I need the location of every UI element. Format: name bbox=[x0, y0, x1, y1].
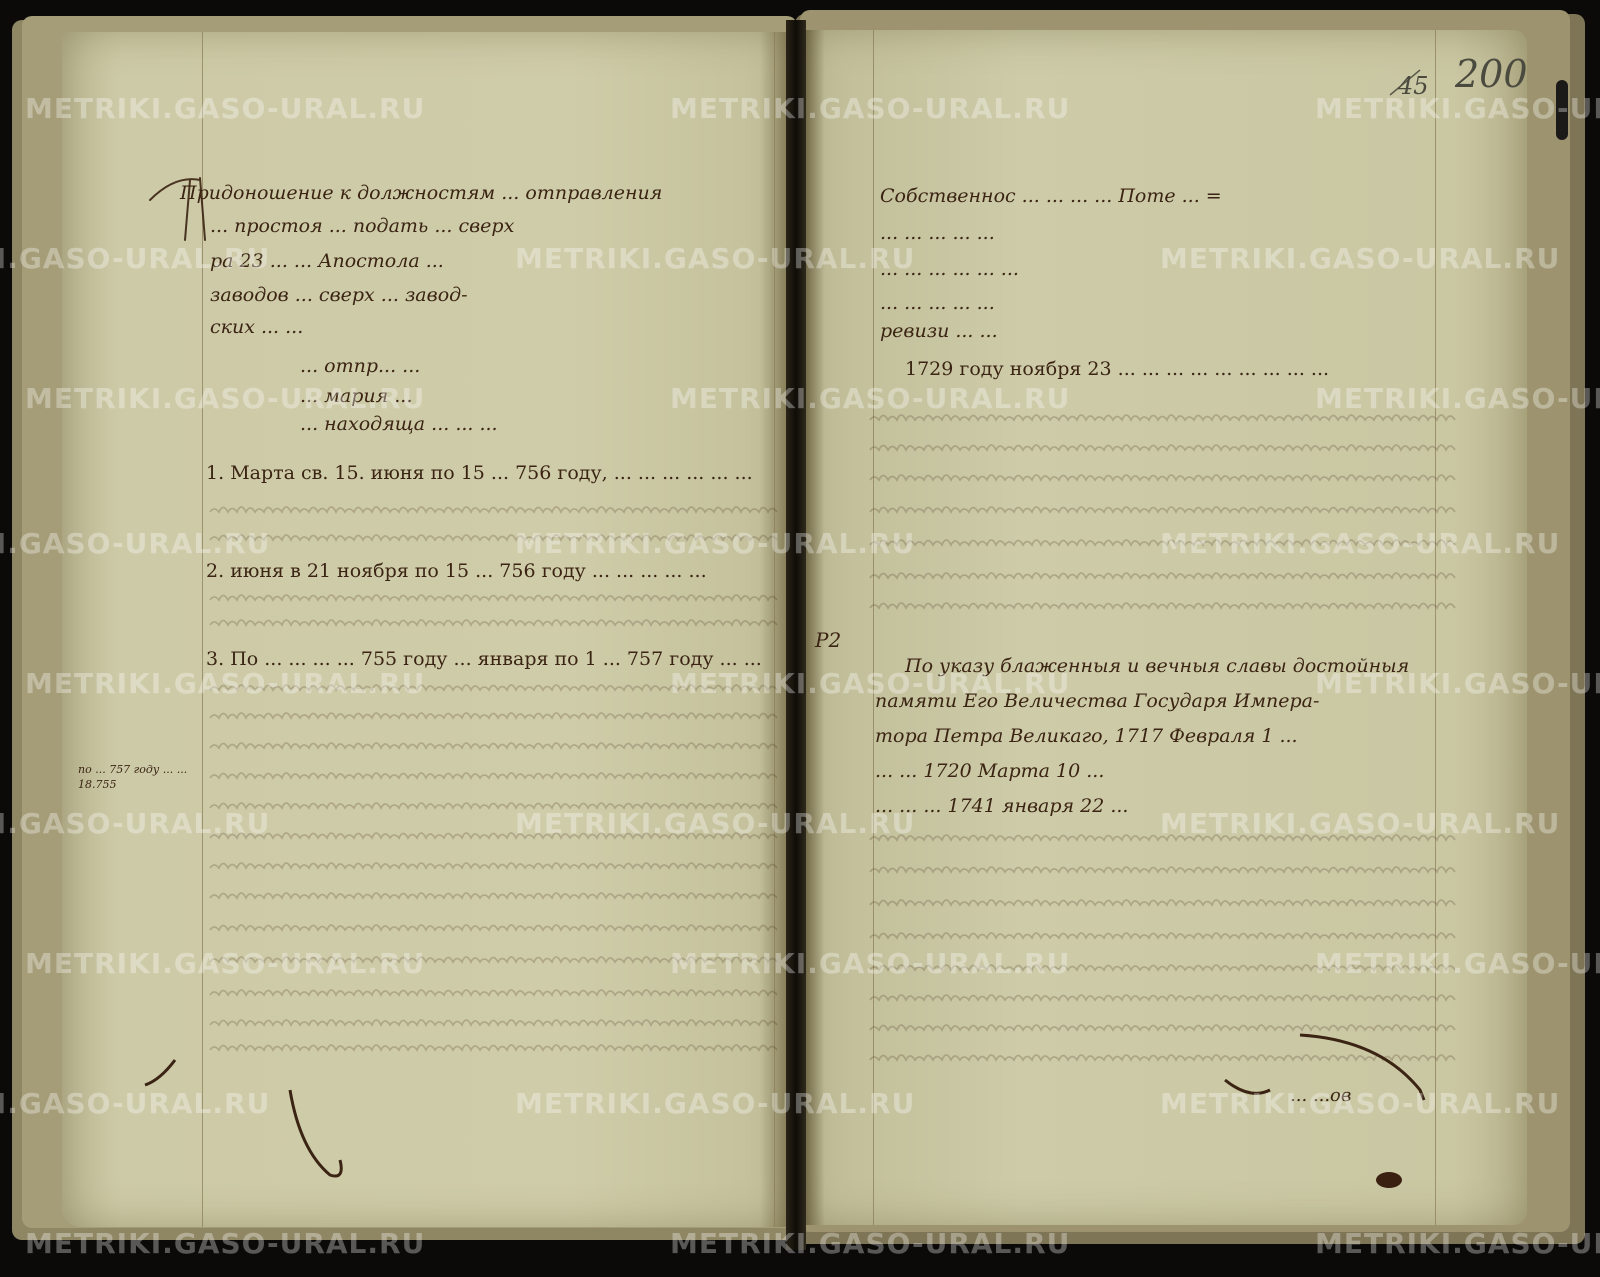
entry-marker: 1. bbox=[206, 462, 224, 484]
entry-date: 1729 году ноября 23 bbox=[905, 358, 1112, 380]
page-number: 200 bbox=[1455, 52, 1528, 96]
opening-line: ... ... ... ... ... ... bbox=[880, 258, 1019, 280]
opening-line: ... ... ... ... ... bbox=[880, 222, 995, 244]
left-margin-note: по ... 757 году ... ... 18.755 bbox=[78, 762, 208, 792]
entry-1: 1. Марта св. 15. июня по 15 ... 756 году… bbox=[206, 462, 753, 484]
heading-line: ... простоя ... подать ... сверх bbox=[210, 215, 514, 237]
entry-marker: 2. bbox=[206, 560, 224, 582]
opening-line: ревизи ... ... bbox=[880, 320, 998, 342]
decree-line: тора Петра Великаго, 1717 Февраля 1 ... bbox=[875, 725, 1298, 747]
dated-entry: 1729 году ноября 23 ... ... ... ... ... … bbox=[905, 358, 1329, 380]
opening-line: Собственнос ... ... ... ... Поте ... = bbox=[880, 185, 1222, 207]
register-spread: Придоношение к должностям ... отправлени… bbox=[0, 0, 1600, 1277]
entry-text: По ... ... ... ... 755 году ... января п… bbox=[230, 648, 762, 670]
right-margin-note: P2 bbox=[815, 628, 841, 652]
heading-line: ра 23 ... ... Апостола ... bbox=[210, 250, 444, 272]
entry-3: 3. По ... ... ... ... 755 году ... январ… bbox=[206, 648, 762, 670]
folio-mark: 45 bbox=[1398, 72, 1429, 100]
heading-line: Придоношение к должностям ... отправлени… bbox=[180, 182, 662, 204]
decree-line: памяти Его Величества Государя Импера- bbox=[875, 690, 1319, 712]
decree-line: По указу блаженныя и вечныя славы достой… bbox=[905, 655, 1409, 677]
heading-line: ских ... ... bbox=[210, 316, 303, 338]
ink-blot bbox=[1376, 1172, 1402, 1188]
decree-line: ... ... 1720 Марта 10 ... bbox=[875, 760, 1104, 782]
entry-marker: 3. bbox=[206, 648, 224, 670]
sub-heading-line: ... отпр... ... bbox=[300, 355, 420, 377]
sub-heading-line: ... мария ... bbox=[300, 385, 412, 407]
entry-text: июня в 21 ноября по 15 ... 756 году ... … bbox=[230, 560, 706, 582]
entry-text: Марта св. 15. июня по 15 ... 756 году, .… bbox=[230, 462, 752, 484]
decree-line: ... ... ... 1741 января 22 ... bbox=[875, 795, 1128, 817]
entry-2: 2. июня в 21 ноября по 15 ... 756 году .… bbox=[206, 560, 707, 582]
heading-line: заводов ... сверх ... завод- bbox=[210, 284, 468, 306]
entry-text: ... ... ... ... ... ... ... ... ... bbox=[1118, 358, 1329, 380]
opening-line: ... ... ... ... ... bbox=[880, 292, 995, 314]
sub-heading-line: ... находяща ... ... ... bbox=[300, 413, 498, 435]
signature: ... ...ов bbox=[1290, 1085, 1351, 1106]
